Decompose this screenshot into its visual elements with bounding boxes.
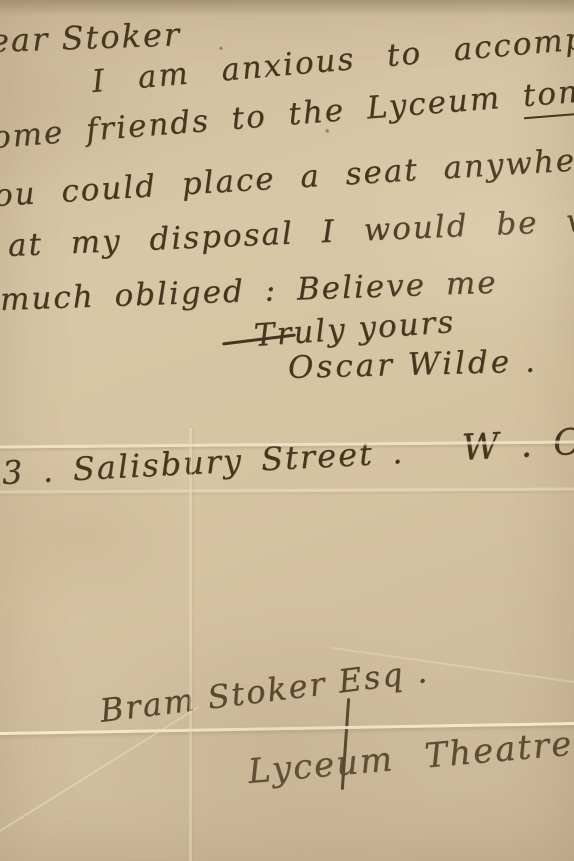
address-street: 3 . Salisbury Street . <box>1 433 405 492</box>
salutation-line: ear Stoker <box>0 15 182 60</box>
underlined-word-tonight: tonight <box>521 68 574 119</box>
crease-diagonal-bottom-left <box>0 706 199 856</box>
signature-oscar-wilde: Oscar Wilde . <box>288 343 539 386</box>
fold-crease-vertical <box>189 428 192 861</box>
address-line: 3 . Salisbury Street .W . C . <box>1 420 574 493</box>
recipient-location-line: Lyceum Theatre <box>246 724 574 792</box>
body-line-4: at my disposal I would be ve <box>7 202 574 264</box>
body-line-2-pre: ome friends to the Lyceum <box>0 78 524 156</box>
recipient-line: Bram Stoker Esq . <box>98 652 431 730</box>
body-line-3: ou could place a seat anywhe <box>0 142 574 214</box>
letter-paper: ear Stoker I am anxious to accompa ome f… <box>0 0 574 861</box>
address-district: W . C . <box>461 420 574 469</box>
